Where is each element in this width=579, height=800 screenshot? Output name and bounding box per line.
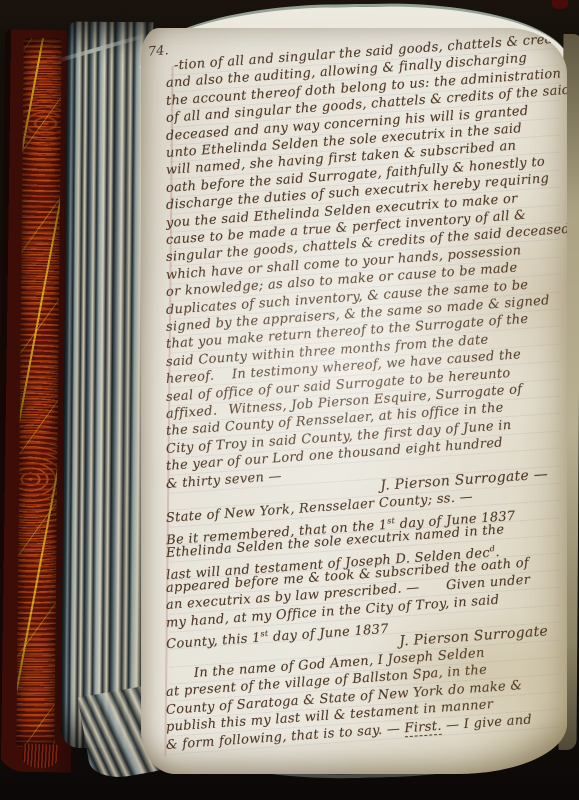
cover-corner-speck — [552, 0, 568, 9]
cover-fringe — [21, 743, 58, 769]
archival-book-photo: 74. -tion of all and singular the said g… — [0, 0, 579, 800]
manuscript-page: 74. -tion of all and singular the said g… — [141, 28, 567, 774]
page-edge-stack — [61, 22, 153, 749]
handwriting-block: -tion of all and singular the said goods… — [166, 58, 563, 770]
marbled-cover-strip — [16, 38, 61, 750]
